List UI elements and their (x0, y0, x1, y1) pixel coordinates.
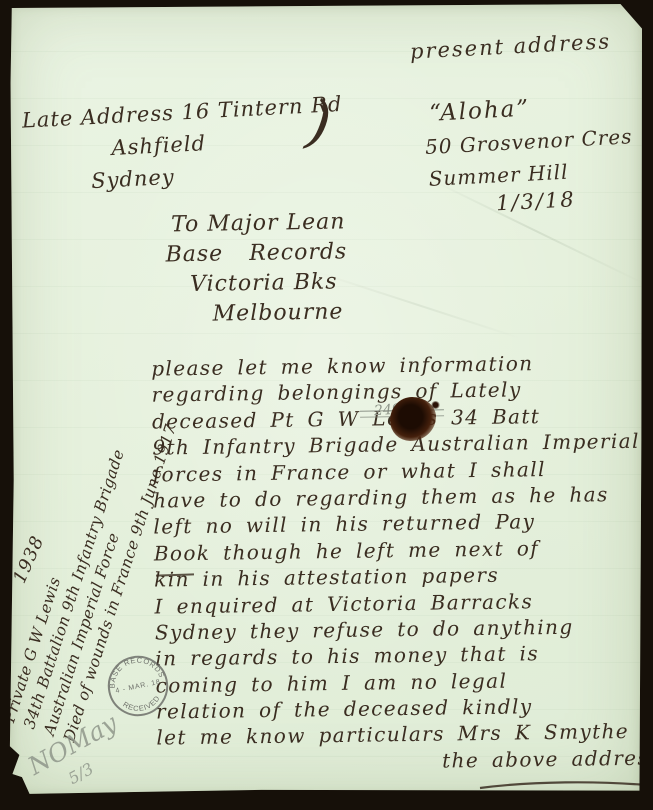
late-address-suburb: Ashfield (111, 131, 207, 160)
recipient-unit: Base Records (165, 239, 347, 267)
suburb-line: Summer Hill (428, 160, 569, 191)
scanned-letter: present address “Aloha” 50 Grosvenor Cre… (0, 0, 653, 810)
pencil-fraction: 5/3 (65, 759, 97, 788)
street-line: 50 Grosvenor Cres (424, 124, 633, 159)
letter-date: 1/3/18 (495, 187, 576, 215)
late-address-line: Late Address 16 Tintern Rd (21, 92, 343, 133)
present-address-label: present address (409, 29, 611, 63)
stamp-date: 4 - MAR. 18 (115, 679, 161, 695)
letter-paper: present address “Aloha” 50 Grosvenor Cre… (8, 4, 642, 797)
present-address-block: present address “Aloha” 50 Grosvenor Cre… (401, 28, 640, 220)
late-address-city: Sydney (91, 165, 176, 193)
signature-flourish (476, 772, 653, 806)
recipient-city: Melbourne (212, 299, 343, 326)
recipient-block: To Major Lean Base Records Victoria Bks … (165, 208, 447, 343)
recipient-to: To Major Lean (171, 209, 346, 237)
registry-number: 1938 (9, 532, 48, 586)
house-name: “Aloha” (429, 96, 531, 127)
recipient-barracks: Victoria Bks (190, 269, 338, 297)
late-address-block: Late Address 16 Tintern Rd Ashfield Sydn… (21, 91, 356, 218)
